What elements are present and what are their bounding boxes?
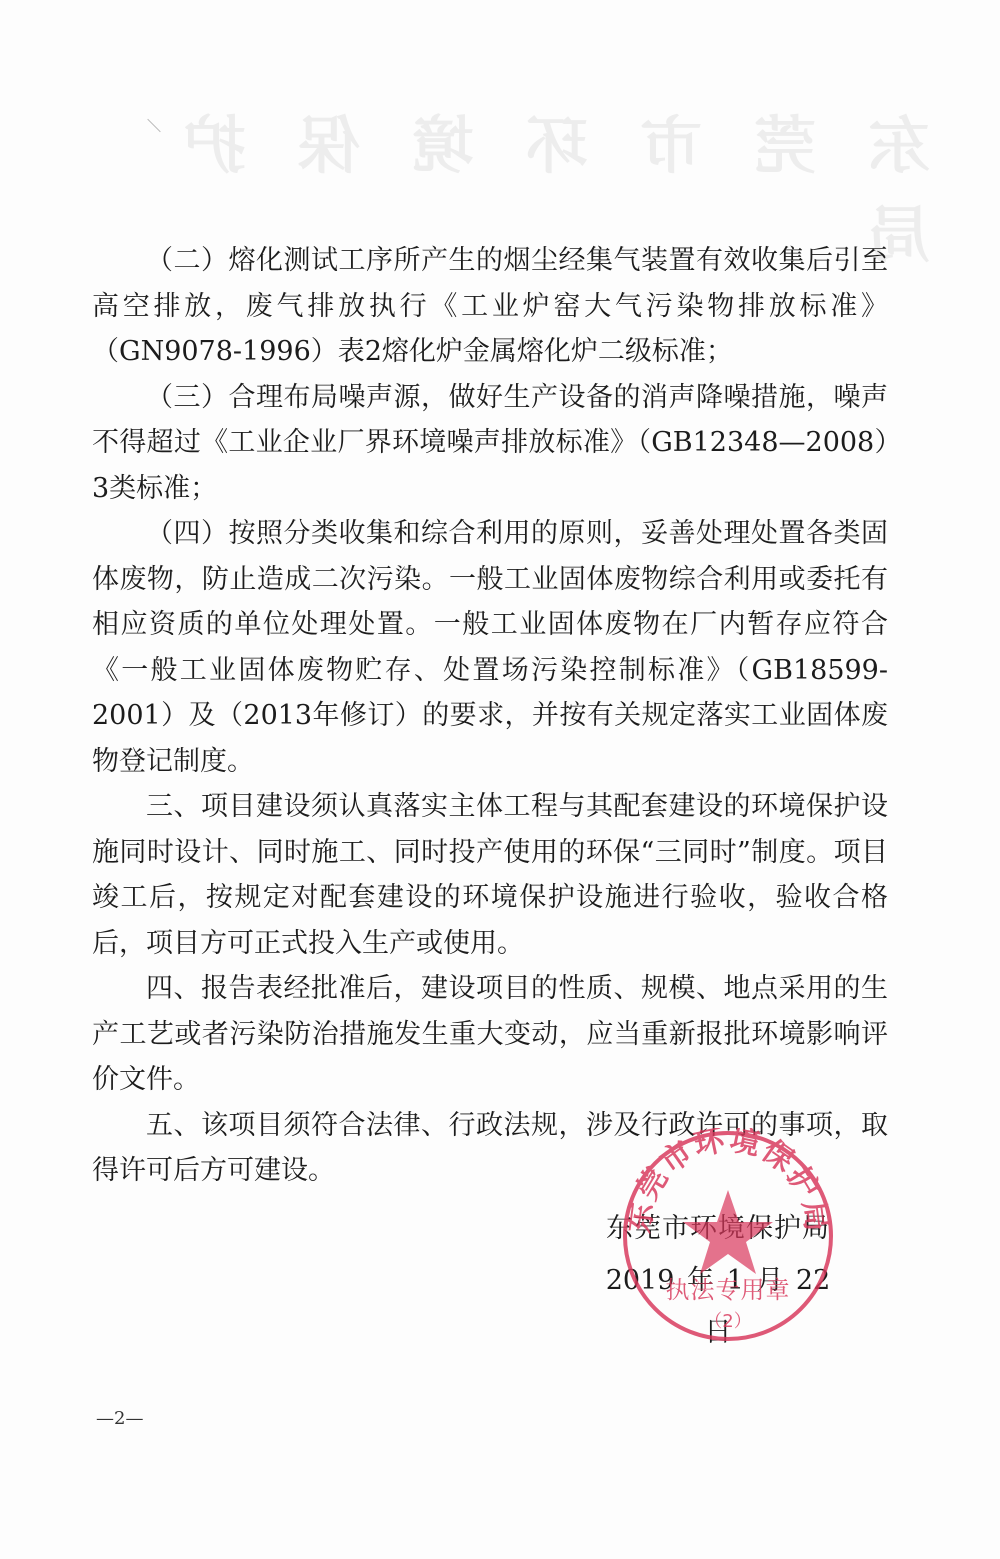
stamp-bottom-text: 执法专用章	[666, 1276, 791, 1304]
document-body: （二）熔化测试工序所产生的烟尘经集气装置有效收集后引至高空排放，废气排放执行《工…	[92, 238, 888, 1194]
page-number: —2—	[96, 1408, 143, 1429]
official-seal-stamp: 东莞市环境保护局 执法专用章 （2）	[620, 1128, 836, 1344]
paragraph-section-4: 四、报告表经批准后，建设项目的性质、规模、地点采用的生产工艺或者污染防治措施发生…	[92, 966, 888, 1103]
paragraph-item-2: （二）熔化测试工序所产生的烟尘经集气装置有效收集后引至高空排放，废气排放执行《工…	[92, 238, 888, 375]
stamp-number: （2）	[704, 1311, 751, 1332]
ghost-letterhead-bleedthrough: 东莞市环境保护局	[70, 150, 930, 220]
paragraph-item-4: （四）按照分类收集和综合利用的原则，妥善处理处置各类固体废物，防止造成二次污染。…	[92, 511, 888, 784]
star-icon	[683, 1190, 773, 1274]
paragraph-section-3: 三、项目建设须认真落实主体工程与其配套建设的环境保护设施同时设计、同时施工、同时…	[92, 784, 888, 966]
paragraph-item-3: （三）合理布局噪声源，做好生产设备的消声降噪措施，噪声不得超过《工业企业厂界环境…	[92, 375, 888, 512]
